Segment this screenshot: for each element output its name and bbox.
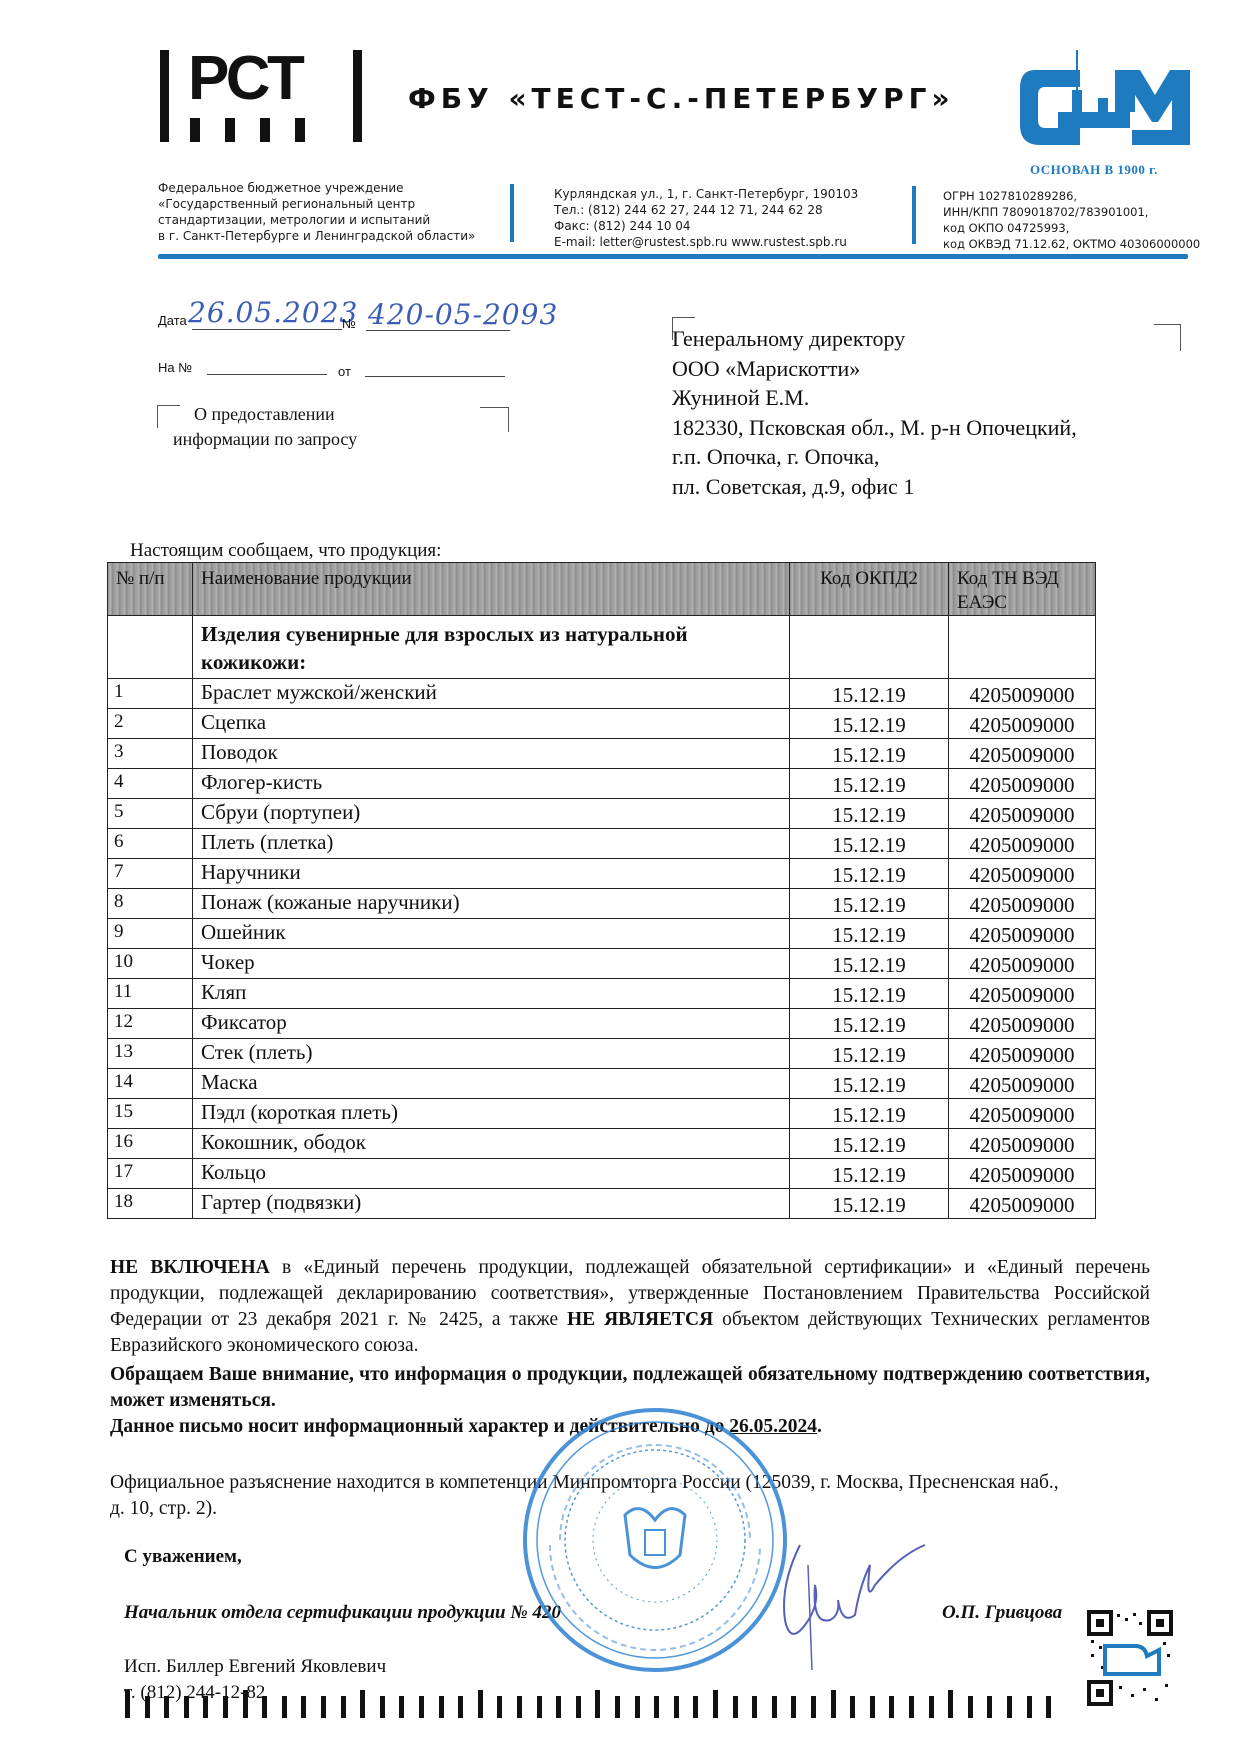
okpd-code: 15.12.19: [790, 1069, 949, 1099]
tn-ved-code: 4205009000: [949, 709, 1096, 739]
table-row: 1Браслет мужской/женский15.12.1942050090…: [108, 679, 1096, 709]
okpd-code: 15.12.19: [790, 1099, 949, 1129]
official-stamp-icon: [520, 1405, 790, 1675]
okpd-code: 15.12.19: [790, 859, 949, 889]
product-name: Чокер: [193, 949, 790, 979]
table-row: 7Наручники15.12.194205009000: [108, 859, 1096, 889]
table-row: 12Фиксатор15.12.194205009000: [108, 1009, 1096, 1039]
tn-ved-code: 4205009000: [949, 1069, 1096, 1099]
product-name: Гартер (подвязки): [193, 1189, 790, 1219]
barcode-icon: [125, 1690, 1070, 1720]
table-row: 2Сцепка15.12.194205009000: [108, 709, 1096, 739]
tn-ved-code: 4205009000: [949, 1159, 1096, 1189]
tn-ved-code: 4205009000: [949, 919, 1096, 949]
qr-code-icon: [1087, 1610, 1173, 1706]
okpd-code: 15.12.19: [790, 679, 949, 709]
table-row: 18Гартер (подвязки)15.12.194205009000: [108, 1189, 1096, 1219]
tn-ved-code: 4205009000: [949, 889, 1096, 919]
letter-number: 420-05-2093: [368, 298, 558, 331]
product-name: Кляп: [193, 979, 790, 1009]
okpd-code: 15.12.19: [790, 919, 949, 949]
row-number: 10: [108, 949, 193, 979]
tn-ved-code: 4205009000: [949, 1009, 1096, 1039]
cm-emblem-icon: [1020, 50, 1190, 180]
row-number: 18: [108, 1189, 193, 1219]
subject-line-1: О предоставлении: [194, 403, 335, 426]
product-name: Поводок: [193, 739, 790, 769]
row-number: 5: [108, 799, 193, 829]
table-row: 13Стек (плеть)15.12.194205009000: [108, 1039, 1096, 1069]
row-number: 12: [108, 1009, 193, 1039]
table-row: 4Флогер-кисть15.12.194205009000: [108, 769, 1096, 799]
header-num: № п/п: [108, 563, 193, 616]
address-corner: [1154, 324, 1181, 351]
tn-ved-code: 4205009000: [949, 799, 1096, 829]
row-number: 16: [108, 1129, 193, 1159]
number-label: №: [342, 316, 356, 331]
row-number: 7: [108, 859, 193, 889]
date-value: 26.05.2023: [188, 296, 358, 329]
row-number: 6: [108, 829, 193, 859]
row-number: 17: [108, 1159, 193, 1189]
product-name: Кольцо: [193, 1159, 790, 1189]
row-number: 11: [108, 979, 193, 1009]
org-full-name: Федеральное бюджетное учреждение «Госуда…: [158, 180, 498, 244]
org-registration: ОГРН 1027810289286, ИНН/КПП 7809018702/7…: [943, 188, 1203, 252]
okpd-code: 15.12.19: [790, 1039, 949, 1069]
okpd-code: 15.12.19: [790, 1189, 949, 1219]
header-divider: [510, 184, 514, 242]
row-number: 13: [108, 1039, 193, 1069]
table-row: 3Поводок15.12.194205009000: [108, 739, 1096, 769]
tn-ved-code: 4205009000: [949, 679, 1096, 709]
product-name: Флогер-кисть: [193, 769, 790, 799]
org-contacts: Курляндская ул., 1, г. Санкт-Петербург, …: [554, 186, 894, 250]
okpd-code: 15.12.19: [790, 1009, 949, 1039]
okpd-code: 15.12.19: [790, 739, 949, 769]
date-label: Дата: [158, 313, 187, 328]
table-row: 11Кляп15.12.194205009000: [108, 979, 1096, 1009]
row-number: 2: [108, 709, 193, 739]
product-name: Плеть (плетка): [193, 829, 790, 859]
product-name: Сбруи (портупеи): [193, 799, 790, 829]
product-name: Ошейник: [193, 919, 790, 949]
tn-ved-code: 4205009000: [949, 1189, 1096, 1219]
signatory-position: Начальник отдела сертификации продукции …: [124, 1602, 561, 1624]
product-name: Маска: [193, 1069, 790, 1099]
table-row: 6Плеть (плетка)15.12.194205009000: [108, 829, 1096, 859]
okpd-code: 15.12.19: [790, 889, 949, 919]
okpd-code: 15.12.19: [790, 1129, 949, 1159]
tn-ved-code: 4205009000: [949, 1099, 1096, 1129]
header-tn: Код ТН ВЭД ЕАЭС: [949, 563, 1096, 616]
row-number: 4: [108, 769, 193, 799]
paragraph-not-included: НЕ ВКЛЮЧЕНА в «Единый перечень продукции…: [110, 1255, 1150, 1359]
row-number: 14: [108, 1069, 193, 1099]
header-name: Наименование продукции: [193, 563, 790, 616]
table-row: 17Кольцо15.12.194205009000: [108, 1159, 1096, 1189]
reply-from-label: от: [338, 364, 351, 379]
tn-ved-code: 4205009000: [949, 769, 1096, 799]
subject-corner: [157, 405, 180, 428]
signature-icon: [760, 1525, 930, 1675]
okpd-code: 15.12.19: [790, 829, 949, 859]
rst-logo-text: РСТ: [188, 48, 303, 110]
table-intro: Настоящим сообщаем, что продукция:: [130, 540, 441, 562]
row-number: 3: [108, 739, 193, 769]
table-row: 10Чокер15.12.194205009000: [108, 949, 1096, 979]
emblem-caption: ОСНОВАН В 1900 г.: [1030, 162, 1158, 178]
regards: С уважением,: [124, 1546, 242, 1568]
table-row: 9Ошейник15.12.194205009000: [108, 919, 1096, 949]
reply-to-label: На №: [158, 360, 192, 375]
table-row: 14Маска15.12.194205009000: [108, 1069, 1096, 1099]
okpd-code: 15.12.19: [790, 949, 949, 979]
header-okpd: Код ОКПД2: [790, 563, 949, 616]
table-row: 16Кокошник, ободок15.12.194205009000: [108, 1129, 1096, 1159]
okpd-code: 15.12.19: [790, 769, 949, 799]
subject-corner: [480, 407, 509, 432]
recipient-address: Генеральному директору ООО «Марискотти» …: [672, 324, 1077, 501]
product-name: Сцепка: [193, 709, 790, 739]
product-name: Пэдл (короткая плеть): [193, 1099, 790, 1129]
product-name: Стек (плеть): [193, 1039, 790, 1069]
executor-name: Исп. Биллер Евгений Яковлевич: [124, 1656, 386, 1678]
header-divider: [912, 186, 916, 244]
okpd-code: 15.12.19: [790, 1159, 949, 1189]
tn-ved-code: 4205009000: [949, 739, 1096, 769]
product-name: Фиксатор: [193, 1009, 790, 1039]
signatory-name: О.П. Гривцова: [942, 1602, 1062, 1624]
tn-ved-code: 4205009000: [949, 979, 1096, 1009]
okpd-code: 15.12.19: [790, 799, 949, 829]
table-row: 5Сбруи (портупеи)15.12.194205009000: [108, 799, 1096, 829]
header-rule: [158, 254, 1188, 259]
table-row: 8Понаж (кожаные наручники)15.12.19420500…: [108, 889, 1096, 919]
okpd-code: 15.12.19: [790, 979, 949, 1009]
rst-logo: РСТ: [160, 48, 360, 144]
product-group-title: Изделия сувенирные для взрослых из натур…: [193, 616, 790, 679]
organization-title: ФБУ «ТЕСТ-С.-ПЕТЕРБУРГ»: [408, 82, 955, 115]
tn-ved-code: 4205009000: [949, 829, 1096, 859]
product-table: № п/п Наименование продукции Код ОКПД2 К…: [107, 562, 1096, 1219]
product-name: Наручники: [193, 859, 790, 889]
row-number: 9: [108, 919, 193, 949]
tn-ved-code: 4205009000: [949, 1129, 1096, 1159]
okpd-code: 15.12.19: [790, 709, 949, 739]
subject-line-2: информации по запросу: [173, 428, 357, 451]
tn-ved-code: 4205009000: [949, 1039, 1096, 1069]
row-number: 8: [108, 889, 193, 919]
tn-ved-code: 4205009000: [949, 949, 1096, 979]
row-number: 15: [108, 1099, 193, 1129]
tn-ved-code: 4205009000: [949, 859, 1096, 889]
table-row: 15Пэдл (короткая плеть)15.12.19420500900…: [108, 1099, 1096, 1129]
product-name: Кокошник, ободок: [193, 1129, 790, 1159]
row-number: 1: [108, 679, 193, 709]
product-name: Браслет мужской/женский: [193, 679, 790, 709]
product-name: Понаж (кожаные наручники): [193, 889, 790, 919]
